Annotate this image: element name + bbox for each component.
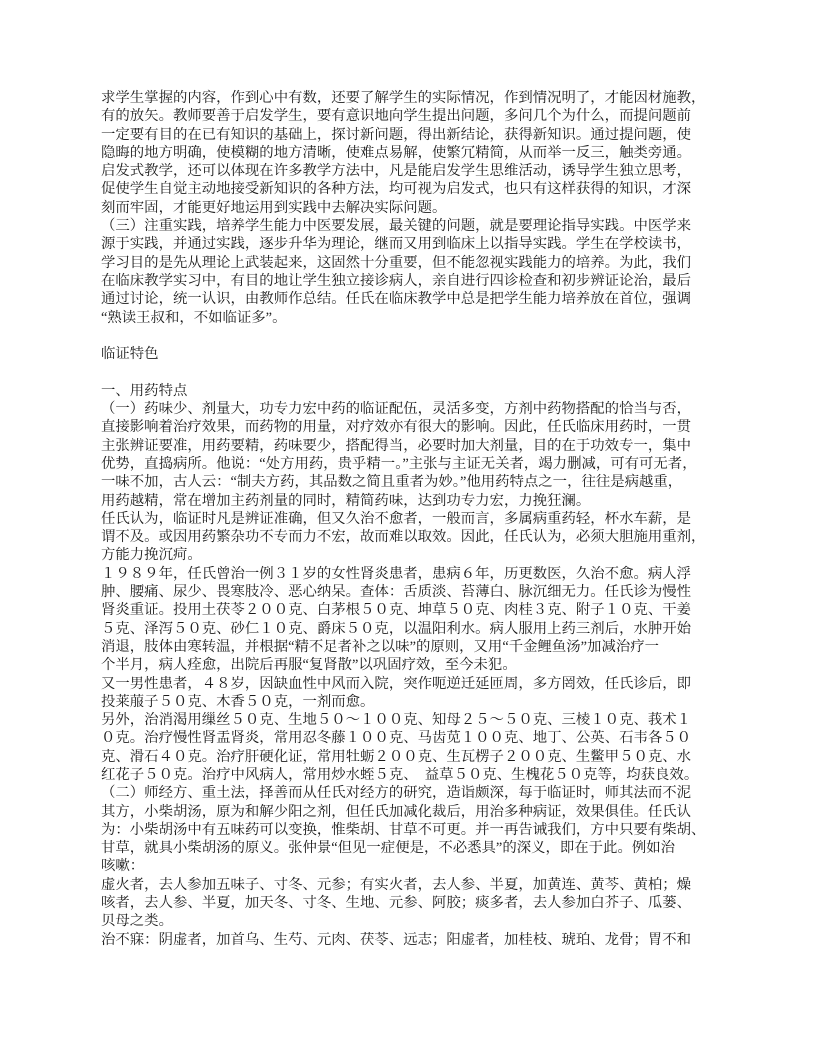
text-line: 直接影响着治疗效果，而药物的用量，对疗效亦有很大的影响。因此，任氏临床用药时，一… [101, 418, 719, 436]
subsection-heading: 一、用药特点 [101, 382, 719, 400]
text-line: 方能力挽沉疴。 [101, 546, 719, 564]
text-line: 求学生掌握的内容，作到心中有数，还要了解学生的实际情况，作到情况明了，才能因材施… [101, 89, 719, 107]
text-line: 甘草，就具小柴胡汤的原义。张仲景“但见一症便是，不必悉具”的深义，即在于此。例如… [101, 839, 719, 857]
text-line: 个半月，病人痊愈，出院后再服“复肾散”以巩固疗效，至今未犯。 [101, 656, 719, 674]
text-line: （二）师经方、重土法，择善而从任氏对经方的研究，造诣颇深，每于临证时，师其法而不… [101, 784, 719, 802]
text-line: 用药越精，常在增加主药剂量的同时，精简药味，达到功专力宏，力挽狂澜。 [101, 492, 719, 510]
text-line: 主张辨证要准，用药要精，药味要少，搭配得当，必要时加大剂量，目的在于功效专一，集… [101, 437, 719, 455]
text-line: 任氏认为，临证时凡是辨证准确，但又久治不愈者，一般而言，多属病重药轻，杯水车薪，… [101, 510, 719, 528]
text-line: （三）注重实践，培养学生能力中医要发展，最关键的问题，就是要理论指导实践。中医学… [101, 217, 719, 235]
text-line: 其方，小柴胡汤，原为和解少阳之剂，但任氏加减化裁后，用治多种病证，效果俱佳。任氏… [101, 803, 719, 821]
text-line: 克、滑石４０克。治疗肝硬化证，常用牡蛎２００克、生瓦楞子２００克、生鳖甲５０克、… [101, 748, 719, 766]
text-line: 又一男性患者，４８岁，因缺血性中风而入院，突作呃逆迁延匝周，多方罔效，任氏诊后，… [101, 675, 719, 693]
text-line: 一定要有目的在已有知识的基础上，探讨新问题，得出新结论，获得新知识。通过提问题，… [101, 126, 719, 144]
text-line: 一味不加，古人云：“制夫方药，其品数之简且重者为妙。”他用药特点之一，往往是病越… [101, 473, 719, 491]
text-line: 另外，治消渴用缫丝５０克、生地５０～１００克、知母２５～５０克、三棱１０克、莪术… [101, 711, 719, 729]
text-line: 源于实践，并通过实践，逐步升华为理论，继而又用到临床上以指导实践。学生在学校读书… [101, 235, 719, 253]
text-line: 贝母之类。 [101, 912, 719, 930]
text-line: 启发式教学，还可以体现在许多教学方法中，凡是能启发学生思维活动，诱导学生独立思考… [101, 162, 719, 180]
section-heading: 临证特色 [101, 345, 719, 363]
text-line: 谓不及。或因用药繁杂功不专而力不宏，故而难以取效。因此，任氏认为，必须大胆施用重… [101, 528, 719, 546]
blank-line [101, 327, 719, 345]
text-line: （一）药味少、剂量大，功专力宏中药的临证配伍，灵活多变，方剂中药物搭配的恰当与否… [101, 400, 719, 418]
text-line: 咳者，去人参、半夏，加天冬、寸冬、生地、元参、阿胶；痰多者，去人参加白芥子、瓜蒌… [101, 894, 719, 912]
document-page: 求学生掌握的内容，作到心中有数，还要了解学生的实际情况，作到情况明了，才能因材施… [0, 0, 816, 1056]
text-line: 虚火者，去人参加五味子、寸冬、元参；有实火者，去人参、半夏，加黄连、黄芩、黄柏；… [101, 876, 719, 894]
text-line: 促使学生自觉主动地接受新知识的各种方法，均可视为启发式，也只有这样获得的知识，才… [101, 180, 719, 198]
text-line: 咳嗽： [101, 857, 719, 875]
text-line: 隐晦的地方明确，使模糊的地方清晰，使难点易解，使繁冗精简，从而举一反三，触类旁通… [101, 144, 719, 162]
text-line: 通过讨论，统一认识，由教师作总结。任氏在临床教学中总是把学生能力培养放在首位，强… [101, 290, 719, 308]
text-line: 在临床教学实习中，有目的地让学生独立接诊病人，亲自进行四诊检查和初步辨证论治，最… [101, 272, 719, 290]
text-line: 为：小柴胡汤中有五味药可以变换，惟柴胡、甘草不可更。并一再告诫我们，方中只要有柴… [101, 821, 719, 839]
text-line: 红花子５０克。治疗中风病人，常用炒水蛭５克、 益草５０克、生槐花５０克等，均获良… [101, 766, 719, 784]
text-line: “熟读王叔和，不如临证多”。 [101, 309, 719, 327]
text-line: 刻而牢固，才能更好地运用到实践中去解决实际问题。 [101, 199, 719, 217]
text-line: 肿、腰痛、尿少、畏寒肢冷、恶心纳呆。查体：舌质淡、苔薄白、脉沉细无力。任氏诊为慢… [101, 583, 719, 601]
text-line: 有的放矢。教师要善于启发学生，要有意识地向学生提出问题，多问几个为什么，而提问题… [101, 107, 719, 125]
text-line: １９８９年，任氏曾治一例３１岁的女性肾炎患者，患病６年，历更数医，久治不愈。病人… [101, 565, 719, 583]
text-line: 优势，直捣病所。他说：“处方用药，贵乎精一。”主张与主证无关者，竭力删减，可有可… [101, 455, 719, 473]
text-line: 肾炎重证。投用土茯苓２００克、白茅根５０克、坤草５０克、肉桂３克、附子１０克、干… [101, 601, 719, 619]
text-line: 消退，肢体由寒转温，并根据“精不足者补之以味”的原则，又用“千金鲤鱼汤”加减治疗… [101, 638, 719, 656]
text-line: 投莱菔子５０克、木香５０克，一剂而愈。 [101, 693, 719, 711]
text-line: 治不寐：阴虚者，加首乌、生芍、元肉、茯苓、远志；阳虚者，加桂枝、琥珀、龙骨；胃不… [101, 931, 719, 949]
text-line: ５克、泽泻５０克、砂仁１０克、爵床５０克，以温阳利水。病人服用上药三剂后，水肿开… [101, 620, 719, 638]
text-line: 学习目的是先从理论上武装起来，这固然十分重要，但不能忽视实践能力的培养。为此，我… [101, 254, 719, 272]
text-block: 求学生掌握的内容，作到心中有数，还要了解学生的实际情况，作到情况明了，才能因材施… [101, 89, 719, 949]
blank-line [101, 363, 719, 381]
text-line: ０克。治疗慢性肾盂肾炎，常用忍冬藤１００克、马齿苋１００克、地丁、公英、石韦各５… [101, 729, 719, 747]
